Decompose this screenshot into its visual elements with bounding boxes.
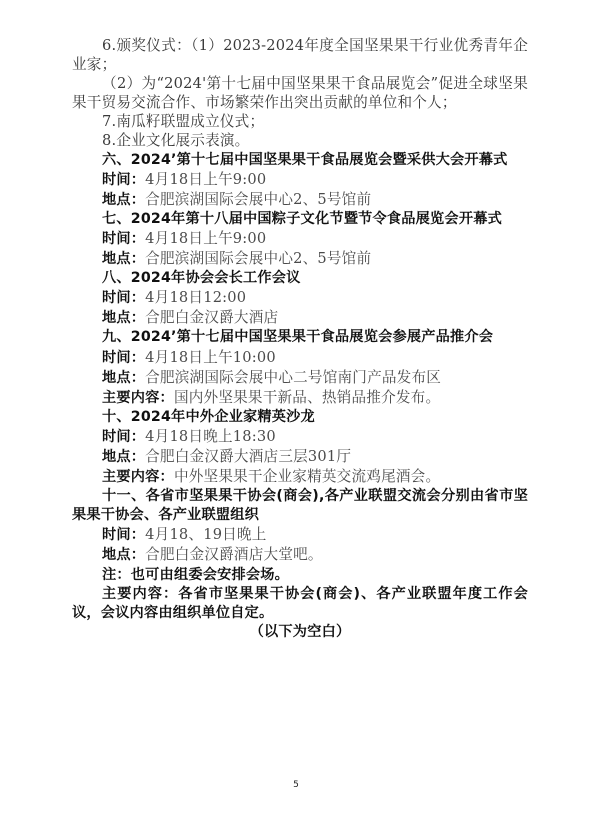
time-value: 4月18日上午9:00 (145, 171, 266, 188)
paragraph-award-2: （2）为“2024'第十七届中国坚果果干食品展览会”促进全球坚果果干贸易交流合作… (72, 74, 528, 112)
time-row: 时间：4月18日晚上18:30 (72, 427, 528, 447)
section-heading: 十一、各省市坚果果干协会(商会),各产业联盟交流会分别由省市坚果果干协会、各产业… (72, 487, 528, 525)
time-label: 时间： (102, 527, 145, 543)
location-label: 地点： (102, 192, 145, 208)
paragraph-award-1: 6.颁奖仪式：（1）2023-2024年度全国坚果果干行业优秀青年企业家； (72, 36, 528, 74)
location-row: 地点：合肥滨湖国际会展中心2、5号馆前 (72, 190, 528, 210)
closing-note: （以下为空白） (72, 623, 528, 642)
time-value: 4月18日上午10:00 (145, 349, 276, 366)
content-label: 主要内容： (102, 469, 174, 485)
location-label: 地点： (102, 310, 145, 326)
time-row: 时间：4月18日上午9:00 (72, 170, 528, 190)
time-row: 时间：4月18、19日晚上 (72, 525, 528, 545)
location-value: 合肥滨湖国际会展中心2、5号馆前 (145, 191, 371, 208)
document-page: 6.颁奖仪式：（1）2023-2024年度全国坚果果干行业优秀青年企业家； （2… (72, 36, 528, 642)
content-row: 主要内容：中外坚果果干企业家精英交流鸡尾酒会。 (72, 467, 528, 487)
time-value: 4月18日上午9:00 (145, 230, 266, 247)
section-heading: 十、2024年中外企业家精英沙龙 (72, 408, 528, 427)
content-value: 国内外坚果果干新品、热销品推介发布。 (174, 389, 440, 406)
location-row: 地点：合肥白金汉爵大酒店 (72, 308, 528, 328)
section-heading: 九、2024’第十七届中国坚果果干食品展览会参展产品推介会 (72, 328, 528, 347)
time-row: 时间：4月18日上午9:00 (72, 229, 528, 249)
location-value: 合肥滨湖国际会展中心2、5号馆前 (145, 250, 371, 267)
location-value: 合肥白金汉爵酒店大堂吧。 (145, 546, 323, 563)
time-label: 时间： (102, 290, 145, 306)
location-row: 地点：合肥滨湖国际会展中心二号馆南门产品发布区 (72, 368, 528, 388)
section-heading: 七、2024年第十八届中国粽子文化节暨节令食品展览会开幕式 (72, 210, 528, 229)
time-value: 4月18日晚上18:30 (145, 428, 276, 445)
time-value: 4月18、19日晚上 (145, 526, 266, 543)
page-number: 5 (0, 780, 592, 790)
location-value: 合肥白金汉爵大酒店 (145, 309, 278, 326)
location-row: 地点：合肥白金汉爵酒店大堂吧。 (72, 545, 528, 565)
location-label: 地点： (102, 547, 145, 563)
location-value: 合肥白金汉爵大酒店三层301厅 (145, 448, 351, 465)
location-value: 合肥滨湖国际会展中心二号馆南门产品发布区 (145, 369, 441, 386)
location-label: 地点： (102, 449, 145, 465)
time-label: 时间： (102, 429, 145, 445)
content-label: 主要内容： (102, 390, 174, 406)
time-label: 时间： (102, 350, 145, 366)
section-heading: 六、2024’第十七届中国坚果果干食品展览会暨采供大会开幕式 (72, 151, 528, 170)
note-paragraph: 注：也可由组委会安排会场。 (72, 566, 528, 585)
content-value: 中外坚果果干企业家精英交流鸡尾酒会。 (174, 468, 440, 485)
location-row: 地点：合肥滨湖国际会展中心2、5号馆前 (72, 249, 528, 269)
paragraph-item-8: 8.企业文化展示表演。 (72, 131, 528, 150)
time-row: 时间：4月18日12:00 (72, 288, 528, 308)
time-label: 时间： (102, 231, 145, 247)
content-row: 主要内容：国内外坚果果干新品、热销品推介发布。 (72, 388, 528, 408)
paragraph-item-7: 7.南瓜籽联盟成立仪式； (72, 112, 528, 131)
time-row: 时间：4月18日上午10:00 (72, 348, 528, 368)
location-label: 地点： (102, 370, 145, 386)
time-value: 4月18日12:00 (145, 289, 246, 306)
content-paragraph: 主要内容：各省市坚果果干协会(商会)、各产业联盟年度工作会议，会议内容由组织单位… (72, 585, 528, 623)
section-heading: 八、2024年协会会长工作会议 (72, 269, 528, 288)
location-label: 地点： (102, 251, 145, 267)
location-row: 地点：合肥白金汉爵大酒店三层301厅 (72, 447, 528, 467)
time-label: 时间： (102, 172, 145, 188)
